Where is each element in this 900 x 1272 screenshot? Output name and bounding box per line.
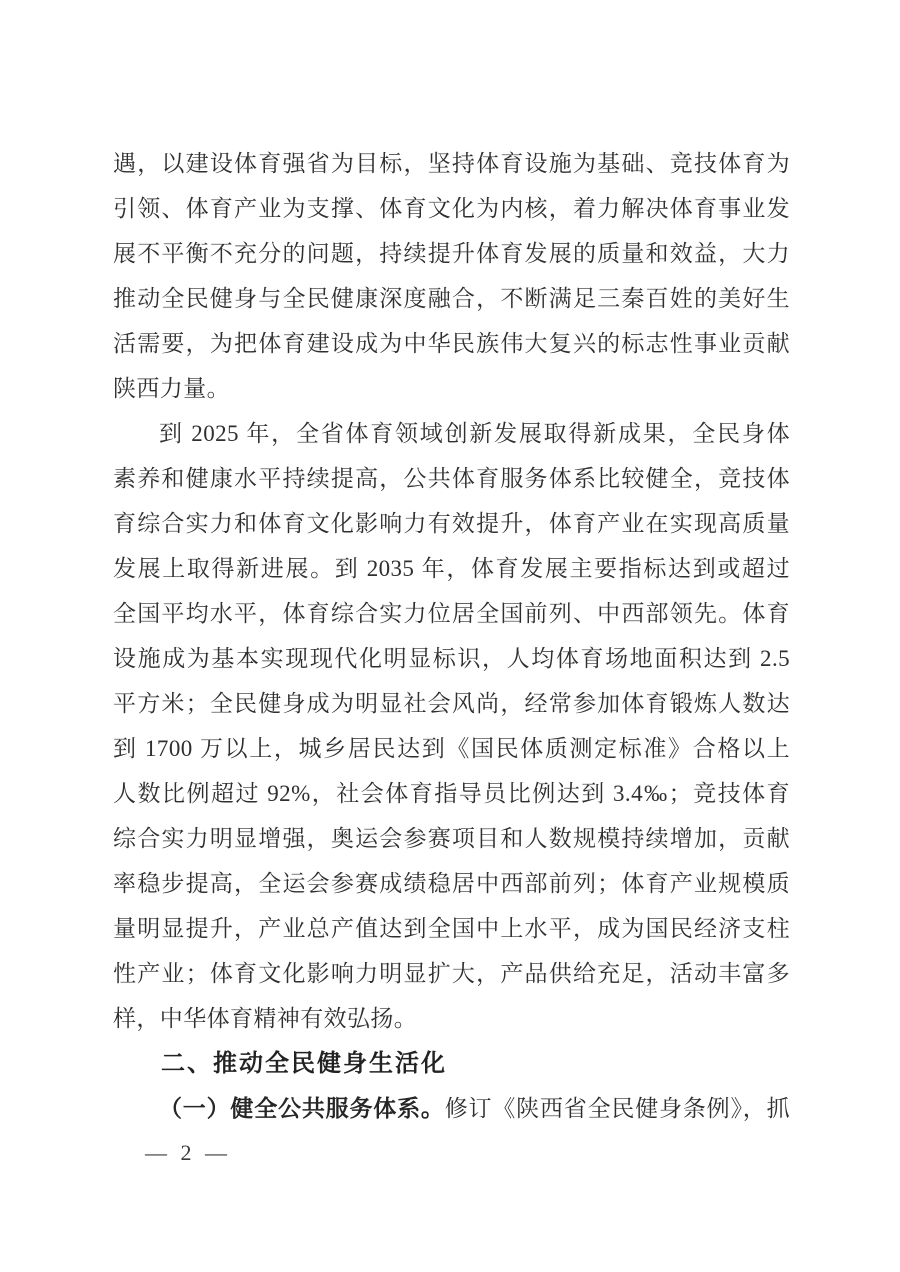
body-line: 推动全民健身与全民健康深度融合，不断满足三秦百姓的美好生 bbox=[113, 276, 790, 321]
body-line: 量明显提升，产业总产值达到全国中上水平，成为国民经济支柱 bbox=[113, 906, 790, 951]
body-line: （一）健全公共服务体系。修订《陕西省全民健身条例》，抓 bbox=[113, 1086, 790, 1131]
body-line: 素养和健康水平持续提高，公共体育服务体系比较健全，竞技体 bbox=[113, 456, 790, 501]
body-line: 全国平均水平，体育综合实力位居全国前列、中西部领先。体育 bbox=[113, 591, 790, 636]
body-line: 遇，以建设体育强省为目标，坚持体育设施为基础、竞技体育为 bbox=[113, 141, 790, 186]
body-line: 发展上取得新进展。到 2035 年，体育发展主要指标达到或超过 bbox=[113, 546, 790, 591]
body-line: 育综合实力和体育文化影响力有效提升，体育产业在实现高质量 bbox=[113, 501, 790, 546]
document-page: 遇，以建设体育强省为目标，坚持体育设施为基础、竞技体育为 引领、体育产业为支撑、… bbox=[0, 0, 900, 1272]
body-line: 人数比例超过 92%，社会体育指导员比例达到 3.4‰；竞技体育 bbox=[113, 771, 790, 816]
body-line: 到 1700 万以上，城乡居民达到《国民体质测定标准》合格以上 bbox=[113, 726, 790, 771]
body-line: 率稳步提高，全运会参赛成绩稳居中西部前列；体育产业规模质 bbox=[113, 861, 790, 906]
document-body: 遇，以建设体育强省为目标，坚持体育设施为基础、竞技体育为 引领、体育产业为支撑、… bbox=[113, 141, 790, 1131]
subsection-title: （一）健全公共服务体系。 bbox=[159, 1096, 445, 1121]
body-line: 展不平衡不充分的问题，持续提升体育发展的质量和效益，大力 bbox=[113, 231, 790, 276]
body-line: 活需要，为把体育建设成为中华民族伟大复兴的标志性事业贡献 bbox=[113, 321, 790, 366]
body-line: 陕西力量。 bbox=[113, 366, 790, 411]
subsection-text: 修订《陕西省全民健身条例》，抓 bbox=[445, 1096, 790, 1121]
body-line: 到 2025 年，全省体育领域创新发展取得新成果，全民身体 bbox=[113, 411, 790, 456]
page-footer: — 2 — bbox=[145, 1138, 228, 1168]
body-line: 性产业；体育文化影响力明显扩大，产品供给充足，活动丰富多 bbox=[113, 951, 790, 996]
body-line: 引领、体育产业为支撑、体育文化为内核，着力解决体育事业发 bbox=[113, 186, 790, 231]
body-line: 设施成为基本实现现代化明显标识，人均体育场地面积达到 2.5 bbox=[113, 636, 790, 681]
page-number: — 2 — bbox=[145, 1140, 228, 1165]
body-line: 样，中华体育精神有效弘扬。 bbox=[113, 996, 790, 1041]
body-line: 综合实力明显增强，奥运会参赛项目和人数规模持续增加，贡献 bbox=[113, 816, 790, 861]
section-heading: 二、推动全民健身生活化 bbox=[113, 1041, 790, 1086]
body-line: 平方米；全民健身成为明显社会风尚，经常参加体育锻炼人数达 bbox=[113, 681, 790, 726]
